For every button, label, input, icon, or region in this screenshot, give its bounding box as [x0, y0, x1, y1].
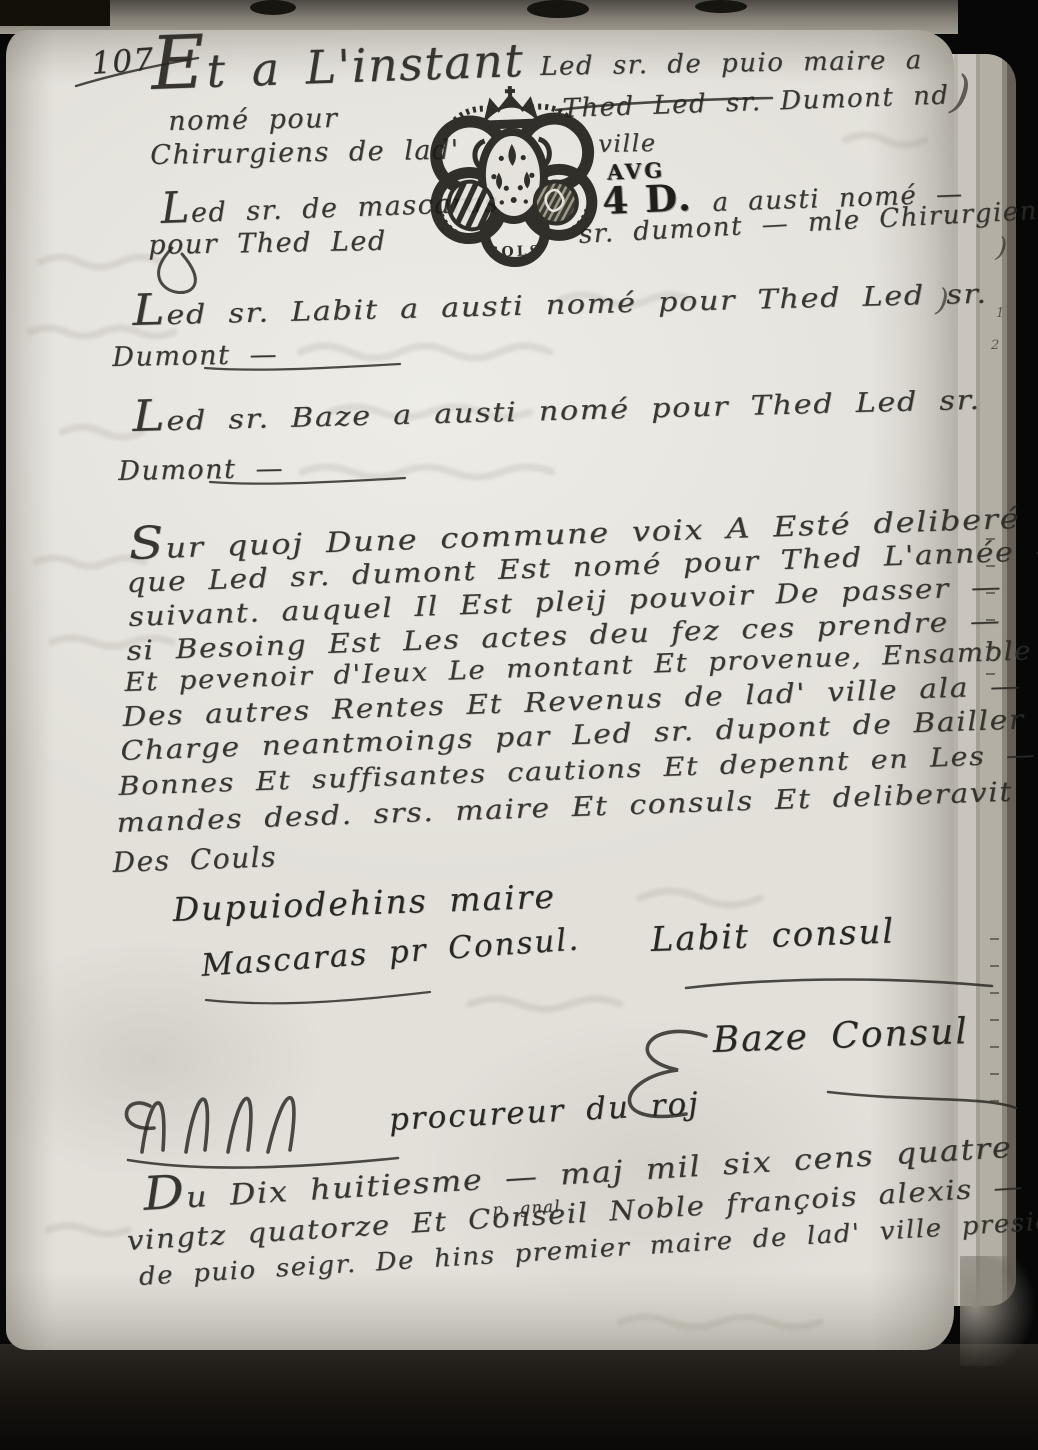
page-curl-highlight: [960, 1256, 1038, 1366]
manuscript-line: Des Couls: [112, 840, 277, 879]
ink-blot: [695, 0, 747, 13]
margin-numeral: 2: [991, 338, 999, 353]
signature-consul-labit: Labit consul: [650, 911, 896, 960]
manuscript-line: Dumont —: [112, 339, 278, 373]
surcharge-value-text: 4 D.: [602, 179, 694, 220]
binding-shadow: [0, 0, 110, 26]
table-background: [0, 1344, 1038, 1450]
ink-blot: [527, 0, 589, 18]
stamp-sols-label: SOLS: [488, 243, 543, 261]
surcharge-stamp: AVG 4 D.: [601, 158, 694, 220]
book-scan: Et a L'instant Led sr. de puio maire a T…: [0, 0, 1038, 1450]
fiscal-stamp: SOLS: [421, 81, 606, 277]
manuscript-line: nomé pour: [168, 103, 339, 137]
fiscal-stamp-graphic: SOLS: [421, 81, 606, 277]
manuscript-line: pour Thed Led: [148, 226, 387, 261]
manuscript-line: Dumont —: [118, 453, 284, 487]
page-number: 107: [90, 42, 156, 82]
ink-blot: [250, 0, 296, 15]
edge-quire-marks: [990, 938, 999, 1113]
manuscript-line: ville: [598, 129, 657, 158]
margin-numeral: 1: [996, 306, 1004, 321]
manuscript-line: Chirurgiens de lad': [150, 135, 460, 171]
